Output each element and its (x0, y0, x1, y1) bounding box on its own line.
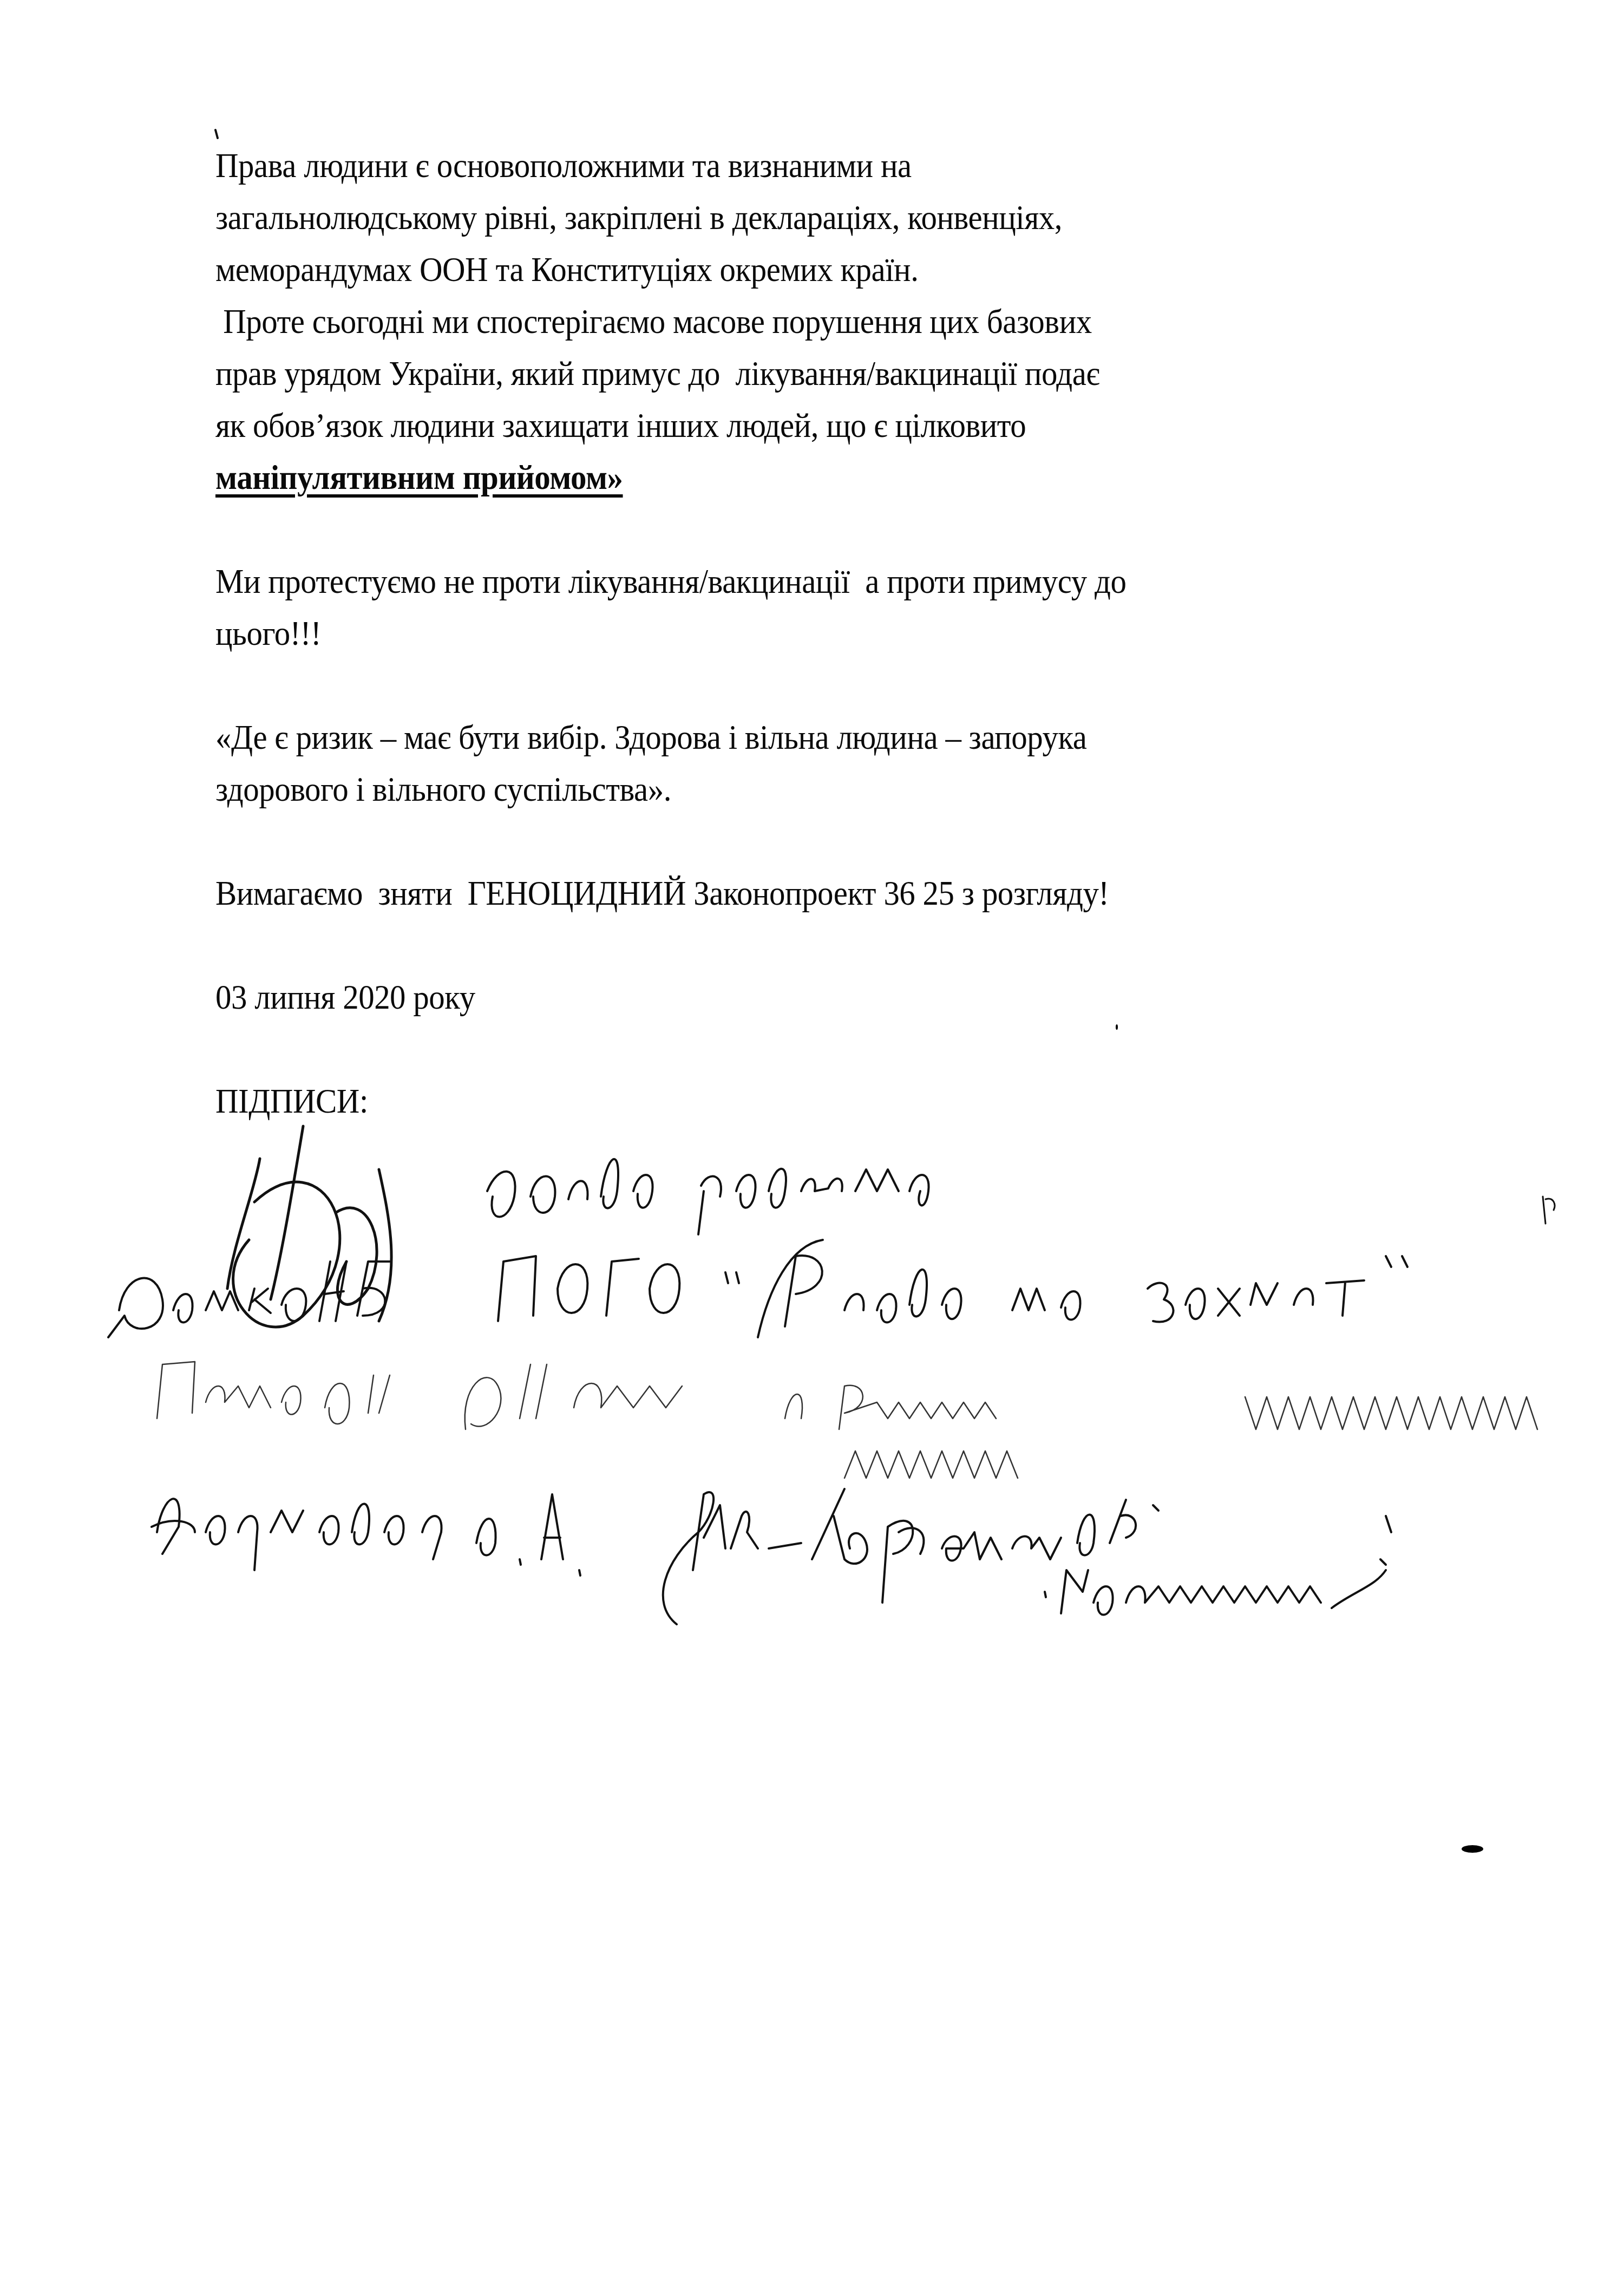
text-line: меморандумах ООН та Конституціях окремих… (215, 244, 1420, 296)
scan-speck (1462, 1845, 1483, 1853)
text-line: Проте сьогодні ми спостерігаємо масове п… (215, 296, 1420, 348)
text-line: цього!!! (215, 607, 1420, 659)
text-line: загальнолюдському рівні, закріплені в де… (215, 192, 1420, 244)
text-line: як обов’язок людини захищати інших людей… (215, 400, 1420, 452)
text-line: здорового і вільного суспільства». (215, 763, 1420, 815)
document-date: 03 липня 2020 року (215, 971, 1420, 1023)
paragraph-violation: Проте сьогодні ми спостерігаємо масове п… (215, 296, 1420, 504)
scanned-document-page: Права людини є основоположними та визнан… (0, 0, 1624, 2294)
paragraph-human-rights: Права людини є основоположними та визнан… (215, 140, 1420, 296)
text-line: «Де є ризик – має бути вибір. Здорова і … (215, 711, 1420, 763)
paragraph-demand: Вимагаємо зняти ГЕНОЦИДНИЙ Законопроект … (215, 867, 1420, 919)
signatures-heading: ПІДПИСИ: (215, 1075, 1420, 1127)
text-line: Вимагаємо зняти ГЕНОЦИДНИЙ Законопроект … (215, 867, 1420, 919)
paragraph-quote: «Де є ризик – має бути вибір. Здорова і … (215, 711, 1420, 815)
text-line: прав урядом України, який примус до ліку… (215, 348, 1420, 400)
document-body: Права людини є основоположними та визнан… (215, 140, 1420, 1127)
paragraph-protest: Ми протестуємо не проти лікування/вакцин… (215, 555, 1420, 659)
scan-mark (215, 130, 218, 138)
text-line: Ми протестуємо не проти лікування/вакцин… (215, 555, 1420, 607)
emphasized-phrase: маніпулятивним прийомом» (215, 458, 623, 496)
text-line: Права людини є основоположними та визнан… (215, 140, 1420, 192)
scan-speck (1116, 1024, 1118, 1030)
